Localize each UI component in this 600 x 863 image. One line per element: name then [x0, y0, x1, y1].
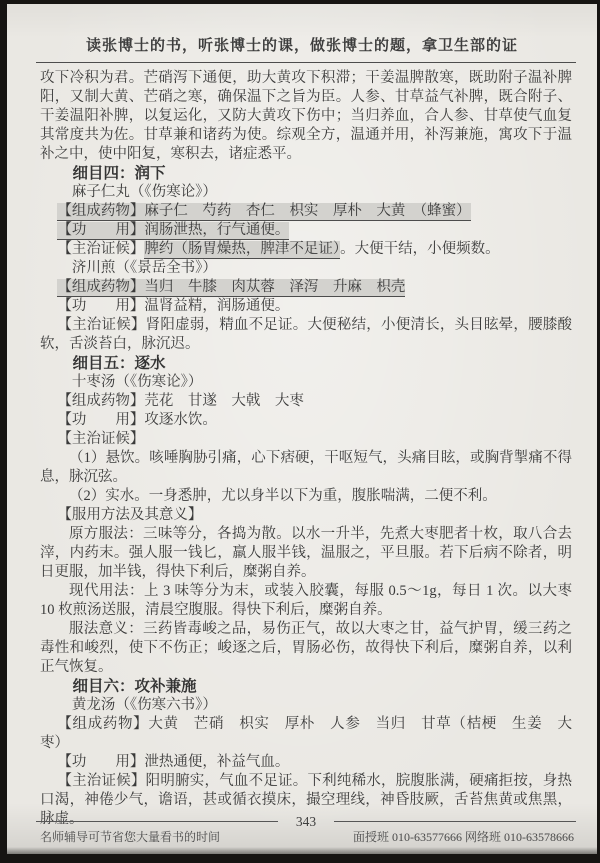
- composition-label: 【组成药物】: [57, 393, 144, 409]
- formula-name-maziren: 麻子仁丸（《伤寒论》）: [40, 183, 572, 202]
- function-line: 【功 用】温肾益精，润肠通便。: [40, 297, 572, 316]
- page-footer: 343 名师辅导可节省您大量看书的时间 面授班 010-63577666 网络班…: [7, 813, 597, 845]
- function-label: 【功 用】: [57, 298, 144, 314]
- function-line: 【功 用】泄热通便，补益气血。: [40, 753, 572, 772]
- section-heading-6: 细目六：攻补兼施: [40, 677, 572, 696]
- scanned-book-page: 读张博士的书，听张博士的课，做张博士的题，拿卫生部的证 攻下冷积为君。芒硝泻下通…: [7, 4, 597, 854]
- footer-texts: 名师辅导可节省您大量看书的时间 面授班 010-63577666 网络班 010…: [36, 828, 576, 845]
- composition-line: 【组成药物】大黄 芒硝 枳实 厚朴 人参 当归 甘草（桔梗 生姜 大枣）: [40, 715, 572, 753]
- indication-label-line: 【主治证候】: [40, 430, 572, 449]
- usage-paragraph-original: 原方服法：三味等分，各捣为散。以水一升半，先煮大枣肥者十枚，取八合去滓，内药末。…: [40, 525, 572, 582]
- footer-right-text: 面授班 010-63577666 网络班 010-63578666: [353, 828, 576, 845]
- composition-label: 【组成药物】: [57, 279, 144, 295]
- composition-label: 【组成药物】: [57, 716, 148, 732]
- page-body: 攻下冷积为君。芒硝泻下通便，助大黄攻下积滞；干姜温脾散寒，既助附子温补脾阳，又制…: [7, 63, 597, 829]
- footer-divider-left: [36, 821, 278, 822]
- indication-label: 【主治证候】: [57, 431, 144, 447]
- usage-label: 【服用方法及其意义】: [57, 507, 202, 523]
- composition-value: 麻子仁 芍药 杏仁 枳实 厚朴 大黄 （蜂蜜）: [144, 203, 470, 219]
- indication-highlight: 脾约（肠胃燥热，脾津不足证）: [144, 241, 340, 259]
- indication-line: 【主治证候】肾阳虚弱，精血不足证。大便秘结，小便清长，头目眩晕，腰膝酸软，舌淡苔…: [40, 316, 572, 354]
- function-value: 泄热通便，补益气血。: [144, 754, 289, 770]
- footer-left-text: 名师辅导可节省您大量看书的时间: [36, 828, 220, 845]
- function-line: 【功 用】润肠泄热，行气通便。: [40, 221, 572, 240]
- function-label: 【功 用】: [57, 412, 144, 428]
- indication-item-2: （2）实水。一身悉肿，尤以身半以下为重，腹胀喘满，二便不利。: [40, 487, 572, 506]
- usage-paragraph-meaning: 服法意义：三药皆毒峻之品，易伤正气，故以大枣之甘，益气护胃，缓三药之毒性和峻烈，…: [40, 620, 572, 677]
- function-line: 【功 用】攻逐水饮。: [40, 411, 572, 430]
- indication-rest: 。大便干结，小便频数。: [340, 241, 500, 257]
- footer-divider-right: [334, 821, 576, 822]
- function-value: 温肾益精，润肠通便。: [144, 298, 289, 314]
- formula-name-huanglongtang: 黄龙汤（《伤寒六书》）: [40, 696, 572, 715]
- function-label: 【功 用】: [57, 222, 144, 238]
- page-header: 读张博士的书，听张博士的课，做张博士的题，拿卫生部的证: [7, 4, 597, 63]
- composition-value: 芫花 甘遂 大戟 大枣: [144, 393, 304, 409]
- indication-item-1: （1）悬饮。咳唾胸胁引痛，心下痞硬，干呕短气，头痛目眩，或胸背掣痛不得息，脉沉弦…: [40, 449, 572, 487]
- composition-label: 【组成药物】: [57, 203, 144, 219]
- indication-label: 【主治证候】: [57, 317, 145, 333]
- section-heading-4: 细目四：润下: [40, 164, 572, 183]
- composition-line: 【组成药物】芫花 甘遂 大戟 大枣: [40, 392, 572, 411]
- section-heading-5: 细目五：逐水: [40, 354, 572, 373]
- formula-name-shizaotang: 十枣汤（《伤寒论》）: [40, 373, 572, 392]
- page-number: 343: [278, 813, 334, 830]
- indication-label: 【主治证候】: [57, 773, 145, 789]
- composition-value: 当归 牛膝 肉苁蓉 泽泻 升麻 枳壳: [144, 279, 405, 295]
- usage-paragraph-modern: 现代用法：上 3 味等分为末，或装入胶囊，每服 0.5～1g，每日 1 次。以大…: [40, 582, 572, 620]
- composition-line: 【组成药物】麻子仁 芍药 杏仁 枳实 厚朴 大黄 （蜂蜜）: [40, 202, 572, 221]
- usage-label-line: 【服用方法及其意义】: [40, 506, 572, 525]
- function-label: 【功 用】: [57, 754, 144, 770]
- composition-line: 【组成药物】当归 牛膝 肉苁蓉 泽泻 升麻 枳壳: [40, 278, 572, 297]
- indication-label: 【主治证候】: [57, 241, 144, 257]
- indication-line: 【主治证候】脾约（肠胃燥热，脾津不足证）。大便干结，小便频数。: [40, 240, 572, 259]
- header-slogan: 读张博士的书，听张博士的课，做张博士的题，拿卫生部的证: [7, 34, 597, 55]
- function-value: 攻逐水饮。: [144, 412, 217, 428]
- intro-paragraph: 攻下冷积为君。芒硝泻下通便，助大黄攻下积滞；干姜温脾散寒，既助附子温补脾阳，又制…: [40, 69, 572, 164]
- function-value: 润肠泄热，行气通便。: [144, 222, 289, 238]
- formula-name-jichuanjian: 济川煎（《景岳全书》）: [40, 259, 572, 278]
